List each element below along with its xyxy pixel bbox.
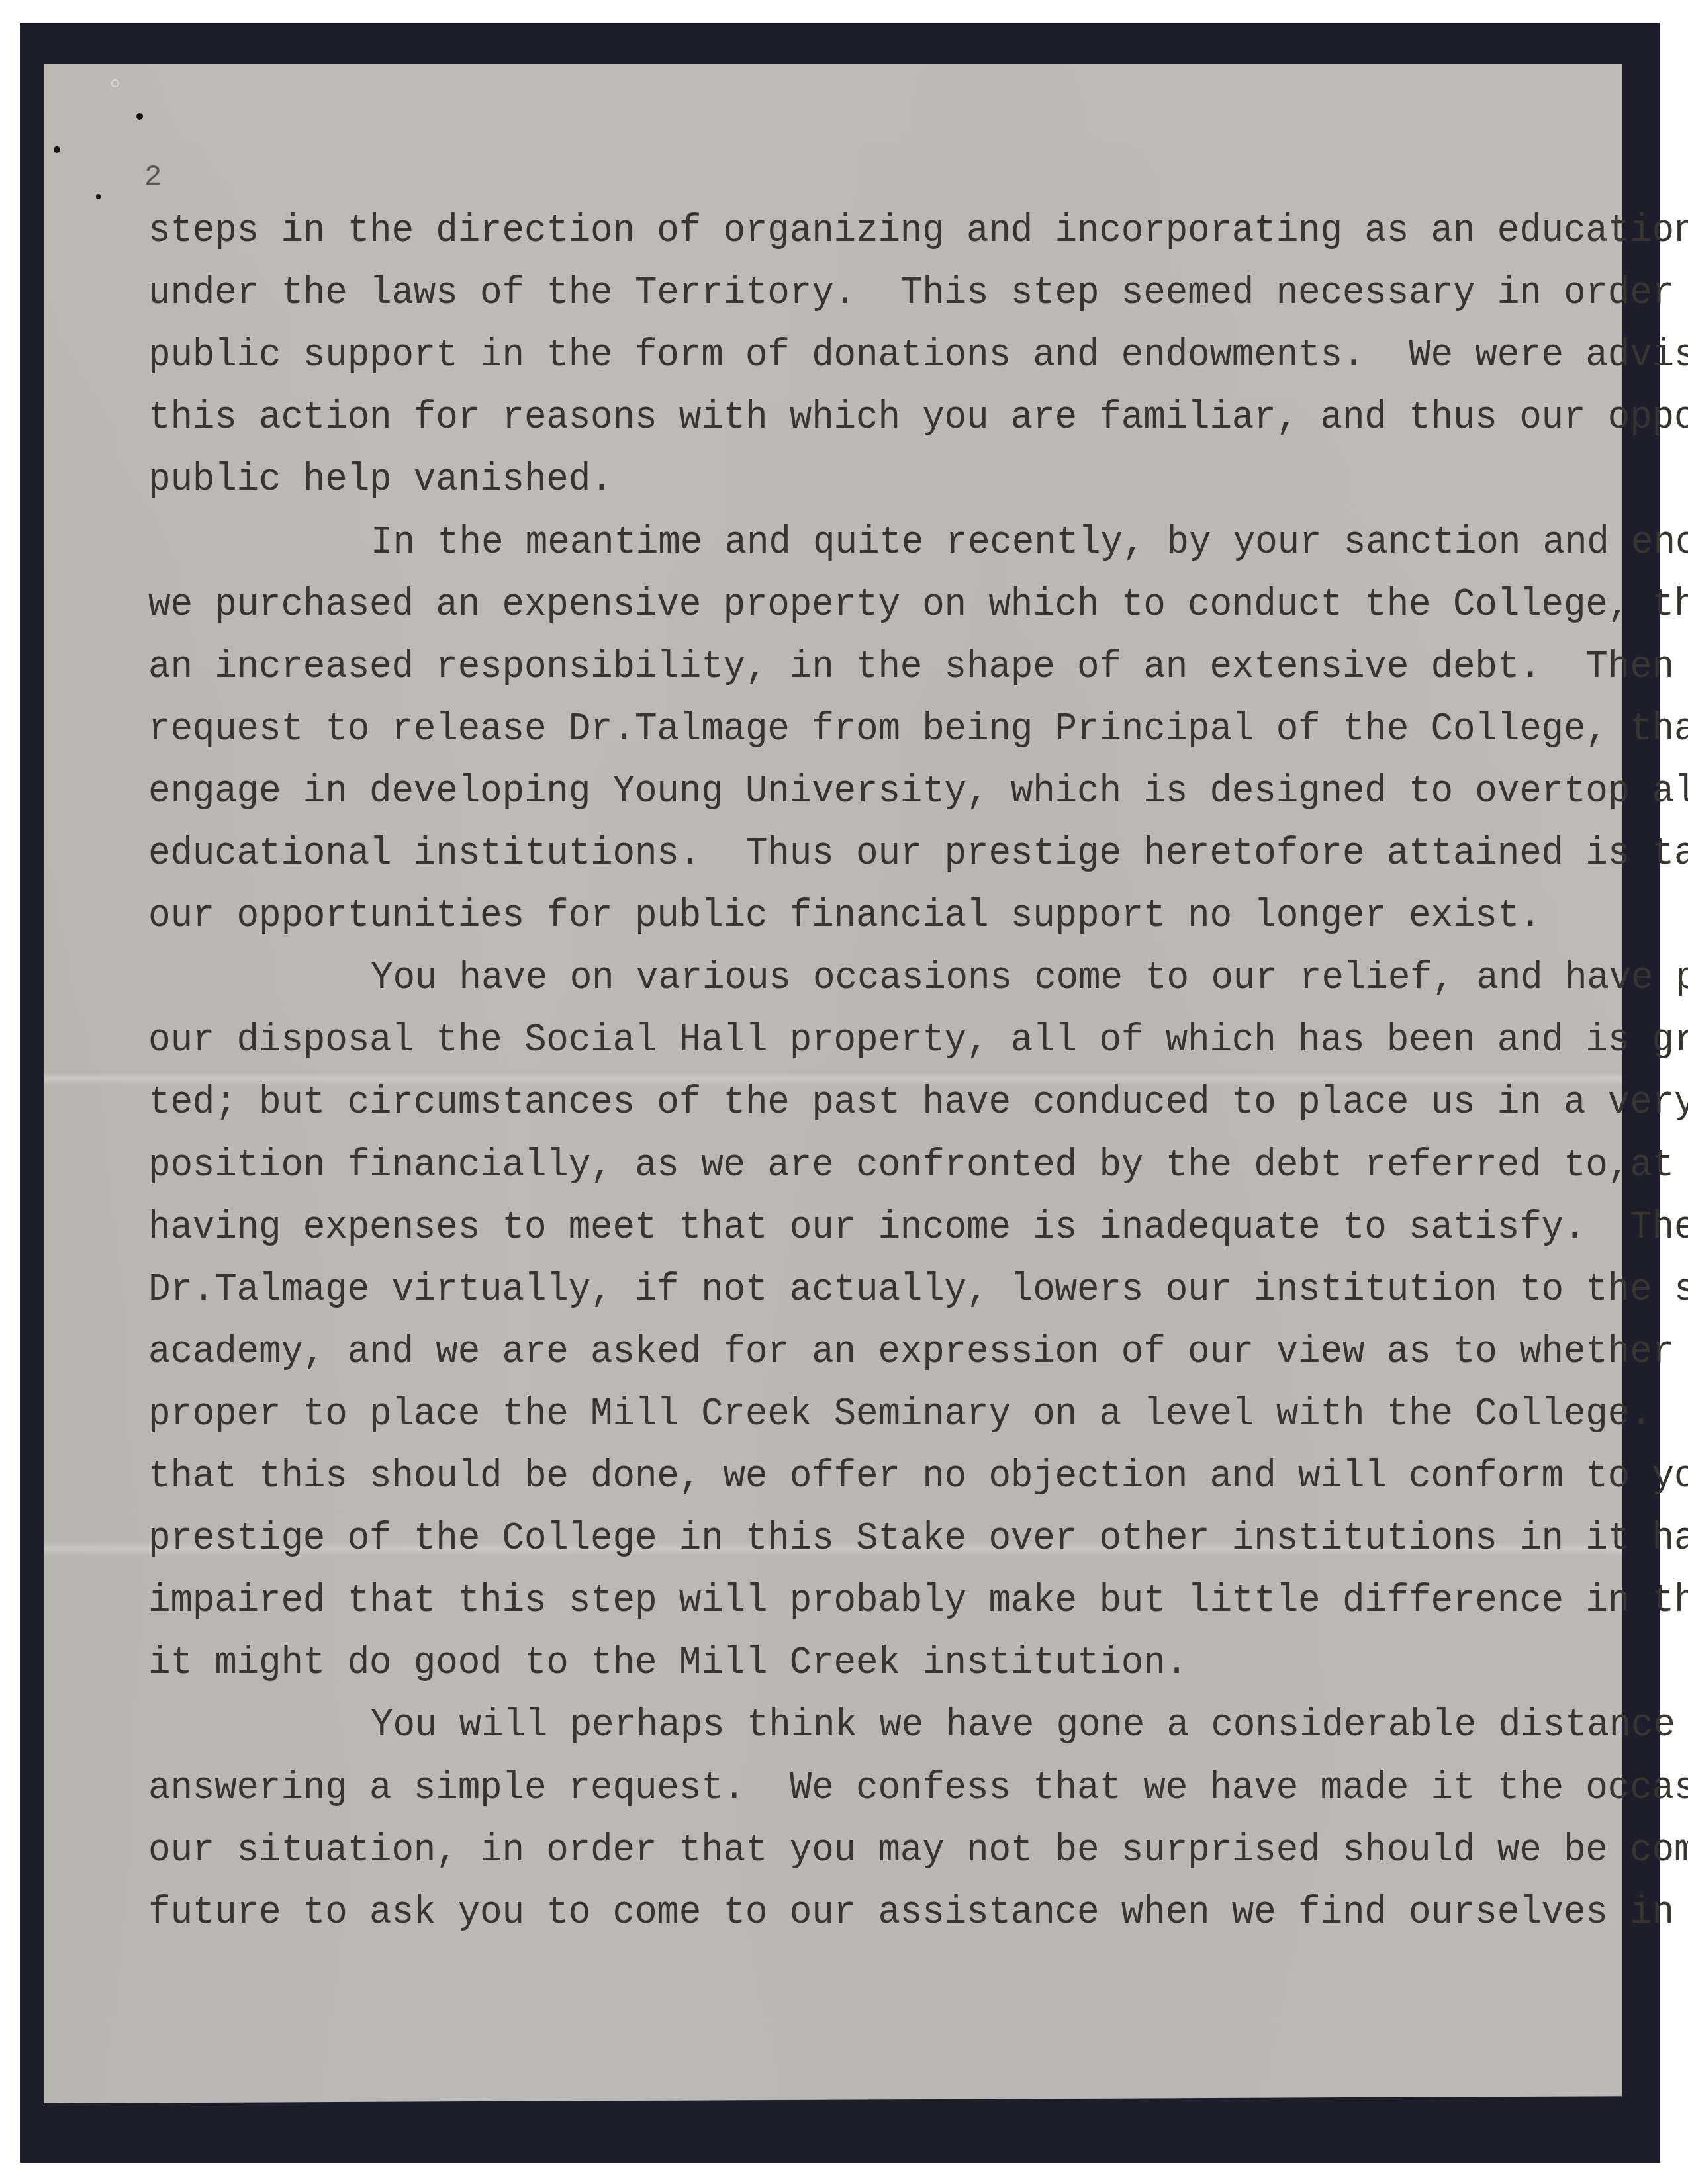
text-line: steps in the direction of organizing and… [148,211,1688,250]
text-line: it might do good to the Mill Creek insti… [148,1643,1188,1682]
text-line: that this should be done, we offer no ob… [148,1457,1688,1496]
text-line: prestige of the College in this Stake ov… [148,1519,1688,1558]
text-line: our disposal the Social Hall property, a… [148,1021,1688,1060]
text-line: future to ask you to come to our assista… [148,1893,1688,1932]
text-line: engage in developing Young University, w… [148,772,1688,811]
text-line: ted; but circumstances of the past have … [148,1083,1688,1122]
text-line: under the laws of the Territory. This st… [148,273,1688,312]
text-line: our situation, in order that you may not… [148,1831,1688,1870]
text-line: public help vanished. [148,461,613,500]
text-line: public support in the form of donations … [148,336,1688,375]
text-line: this action for reasons with which you a… [148,398,1688,437]
text-line: we purchased an expensive property on wh… [148,585,1688,624]
text-line: impaired that this step will probably ma… [148,1581,1688,1620]
letter-body: steps in the direction of organizing and… [0,0,1688,2184]
text-line: Dr.Talmage virtually, if not actually, l… [148,1270,1688,1309]
text-line: an increased responsibility, in the shap… [148,647,1688,686]
text-line: You have on various occasions come to ou… [371,958,1688,997]
text-line: You will perhaps think we have gone a co… [371,1706,1688,1745]
text-line: In the meantime and quite recently, by y… [371,523,1688,562]
text-line: position financially, as we are confront… [148,1146,1688,1185]
text-line: educational institutions. Thus our prest… [148,834,1688,873]
text-line: our opportunities for public financial s… [148,896,1542,935]
text-line: proper to place the Mill Creek Seminary … [148,1394,1688,1433]
text-line: having expenses to meet that our income … [148,1208,1688,1247]
text-line: answering a simple request. We confess t… [148,1768,1688,1807]
text-line: request to release Dr.Talmage from being… [148,709,1688,749]
text-line: academy, and we are asked for an express… [148,1332,1688,1371]
